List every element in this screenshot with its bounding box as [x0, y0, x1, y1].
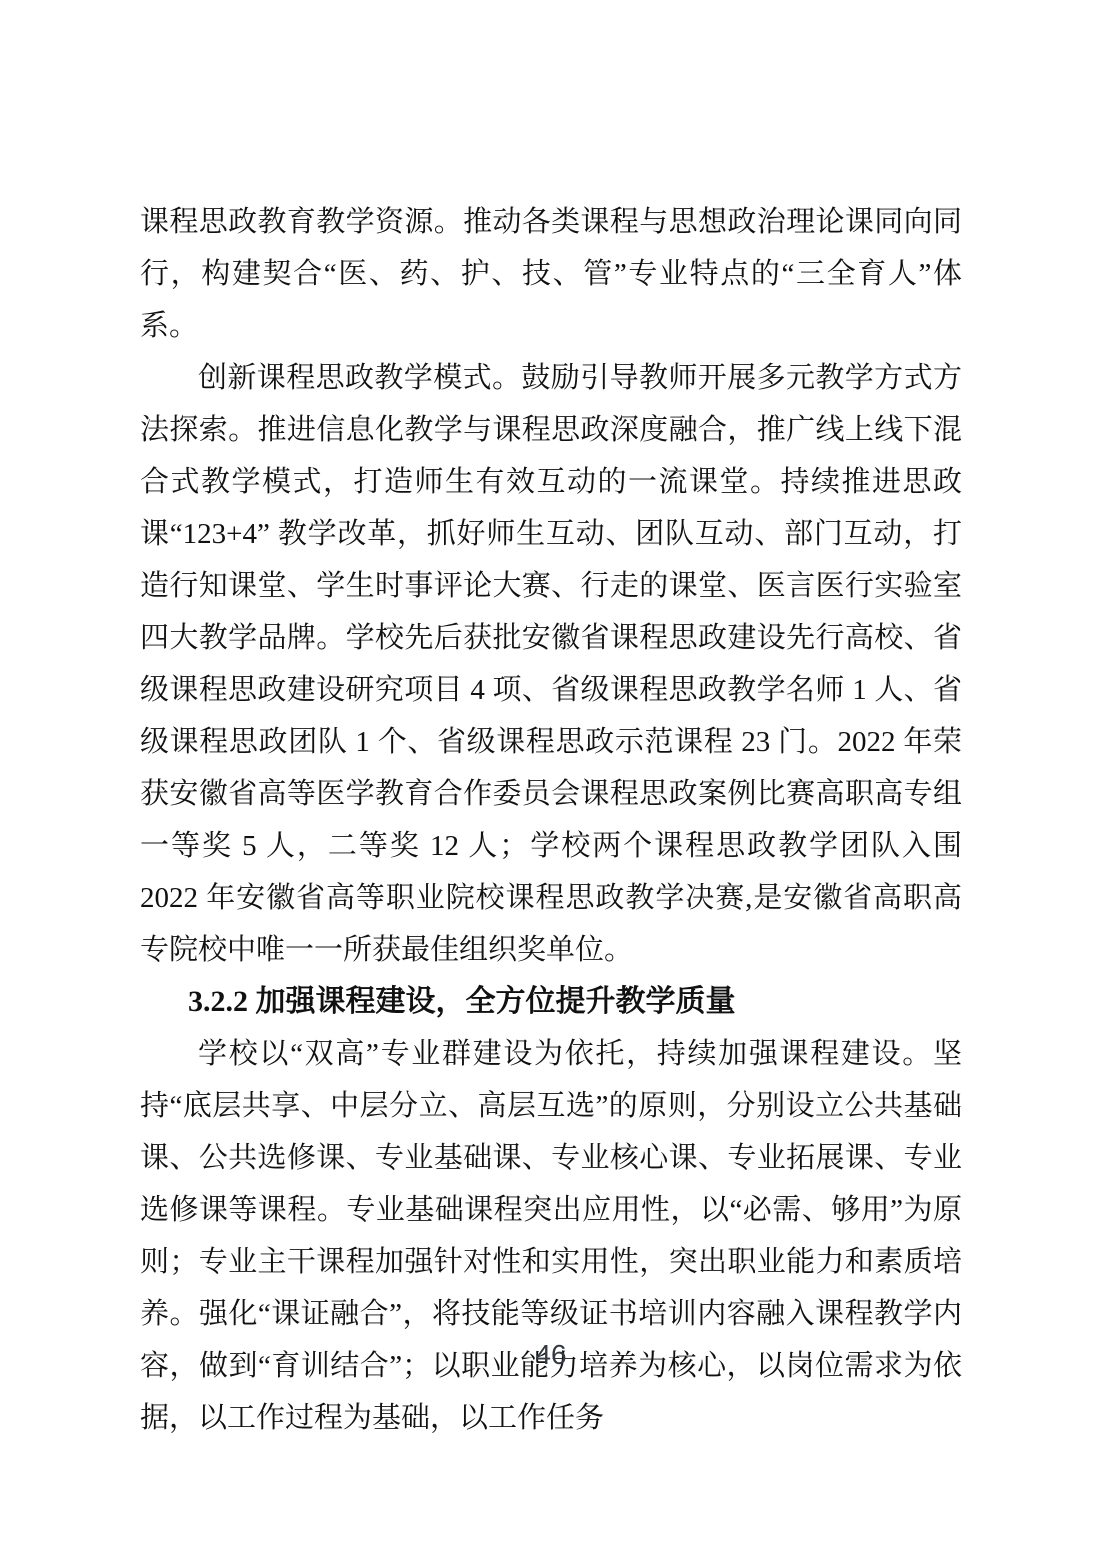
- document-page: 课程思政教育教学资源。推动各类课程与思想政治理论课同向同行，构建契合“医、药、护…: [0, 0, 1102, 1559]
- paragraph-continued: 课程思政教育教学资源。推动各类课程与思想政治理论课同向同行，构建契合“医、药、护…: [140, 196, 962, 352]
- paragraph: 创新课程思政教学模式。鼓励引导教师开展多元教学方式方法探索。推进信息化教学与课程…: [140, 352, 962, 976]
- section-heading: 3.2.2 加强课程建设，全方位提升教学质量: [140, 976, 962, 1028]
- page-number: 46: [0, 1338, 1102, 1372]
- document-body: 课程思政教育教学资源。推动各类课程与思想政治理论课同向同行，构建契合“医、药、护…: [140, 196, 962, 1444]
- paragraph: 学校以“双高”专业群建设为依托，持续加强课程建设。坚持“底层共享、中层分立、高层…: [140, 1028, 962, 1444]
